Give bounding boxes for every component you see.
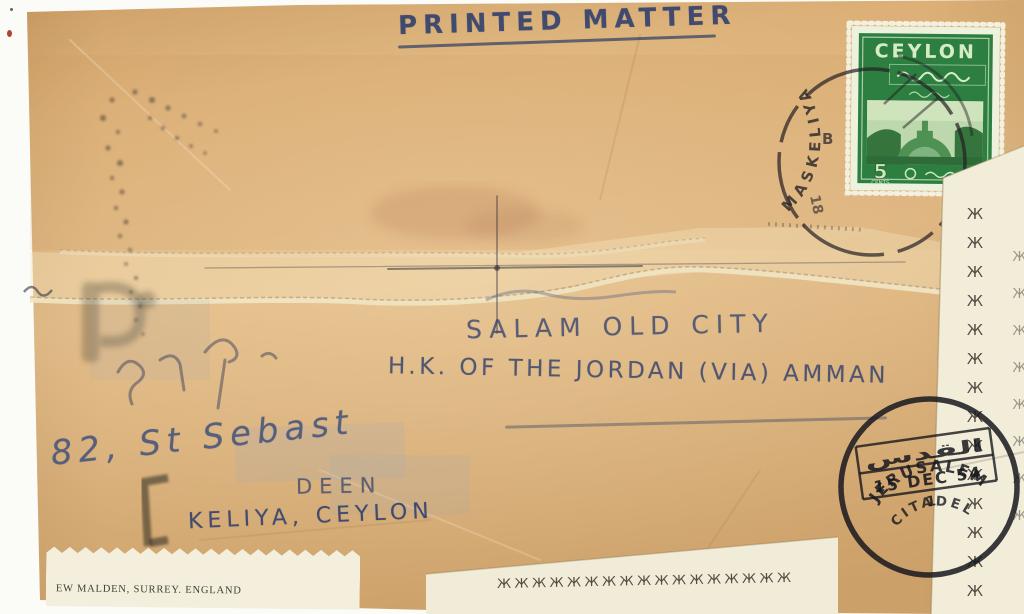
red-speck [7, 30, 12, 37]
postmark-arrival: القدس 15 DEC 54 1 JERUSALEM CITADEL [830, 388, 1024, 587]
dark-speck [10, 8, 13, 11]
arrival-layer: القدس 15 DEC 54 1 JERUSALEM CITADEL [0, 0, 1024, 614]
